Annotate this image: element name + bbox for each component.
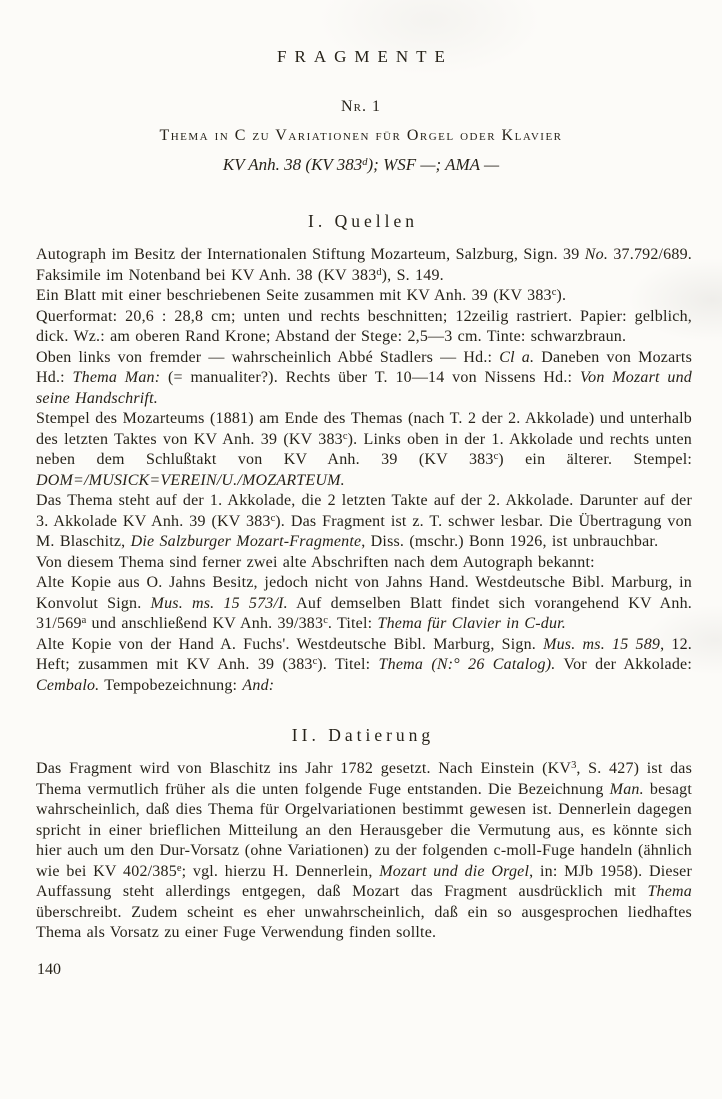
section-body-datierung: Das Fragment wird von Blaschitz ins Jahr… [36, 759, 692, 944]
paragraph: Querformat: 20,6 : 28,8 cm; unten und re… [36, 307, 692, 348]
page-number: 140 [37, 961, 722, 979]
paragraph: Alte Kopie aus O. Jahns Besitz, jedoch n… [36, 573, 692, 635]
paragraph: Von diesem Thema sind ferner zwei alte A… [36, 553, 692, 574]
paragraph: Ein Blatt mit einer beschriebenen Seite … [36, 286, 692, 307]
scanned-book-page: FRAGMENTE Nr. 1 Thema in C zu Variatione… [0, 0, 722, 1099]
paragraph: Stempel des Mozarteums (1881) am Ende de… [36, 409, 692, 491]
paragraph: Das Fragment wird von Blaschitz ins Jahr… [36, 759, 692, 944]
section-heading-quellen: I. Quellen [0, 211, 722, 232]
paragraph: Alte Kopie von der Hand A. Fuchs'. Westd… [36, 635, 692, 697]
entry-number: Nr. 1 [0, 98, 722, 116]
catalog-reference-line: KV Anh. 38 (KV 383d); WSF —; AMA — [0, 155, 722, 175]
paragraph: Das Thema steht auf der 1. Akkolade, die… [36, 491, 692, 553]
section-body-quellen: Autograph im Besitz der Internationalen … [36, 245, 692, 696]
entry-title: Thema in C zu Variationen für Orgel oder… [0, 127, 722, 145]
paragraph: Autograph im Besitz der Internationalen … [36, 245, 692, 286]
section-heading-datierung: II. Datierung [0, 725, 722, 746]
page-header-title: FRAGMENTE [0, 0, 722, 67]
paragraph: Oben links von fremder — wahrscheinlich … [36, 348, 692, 410]
